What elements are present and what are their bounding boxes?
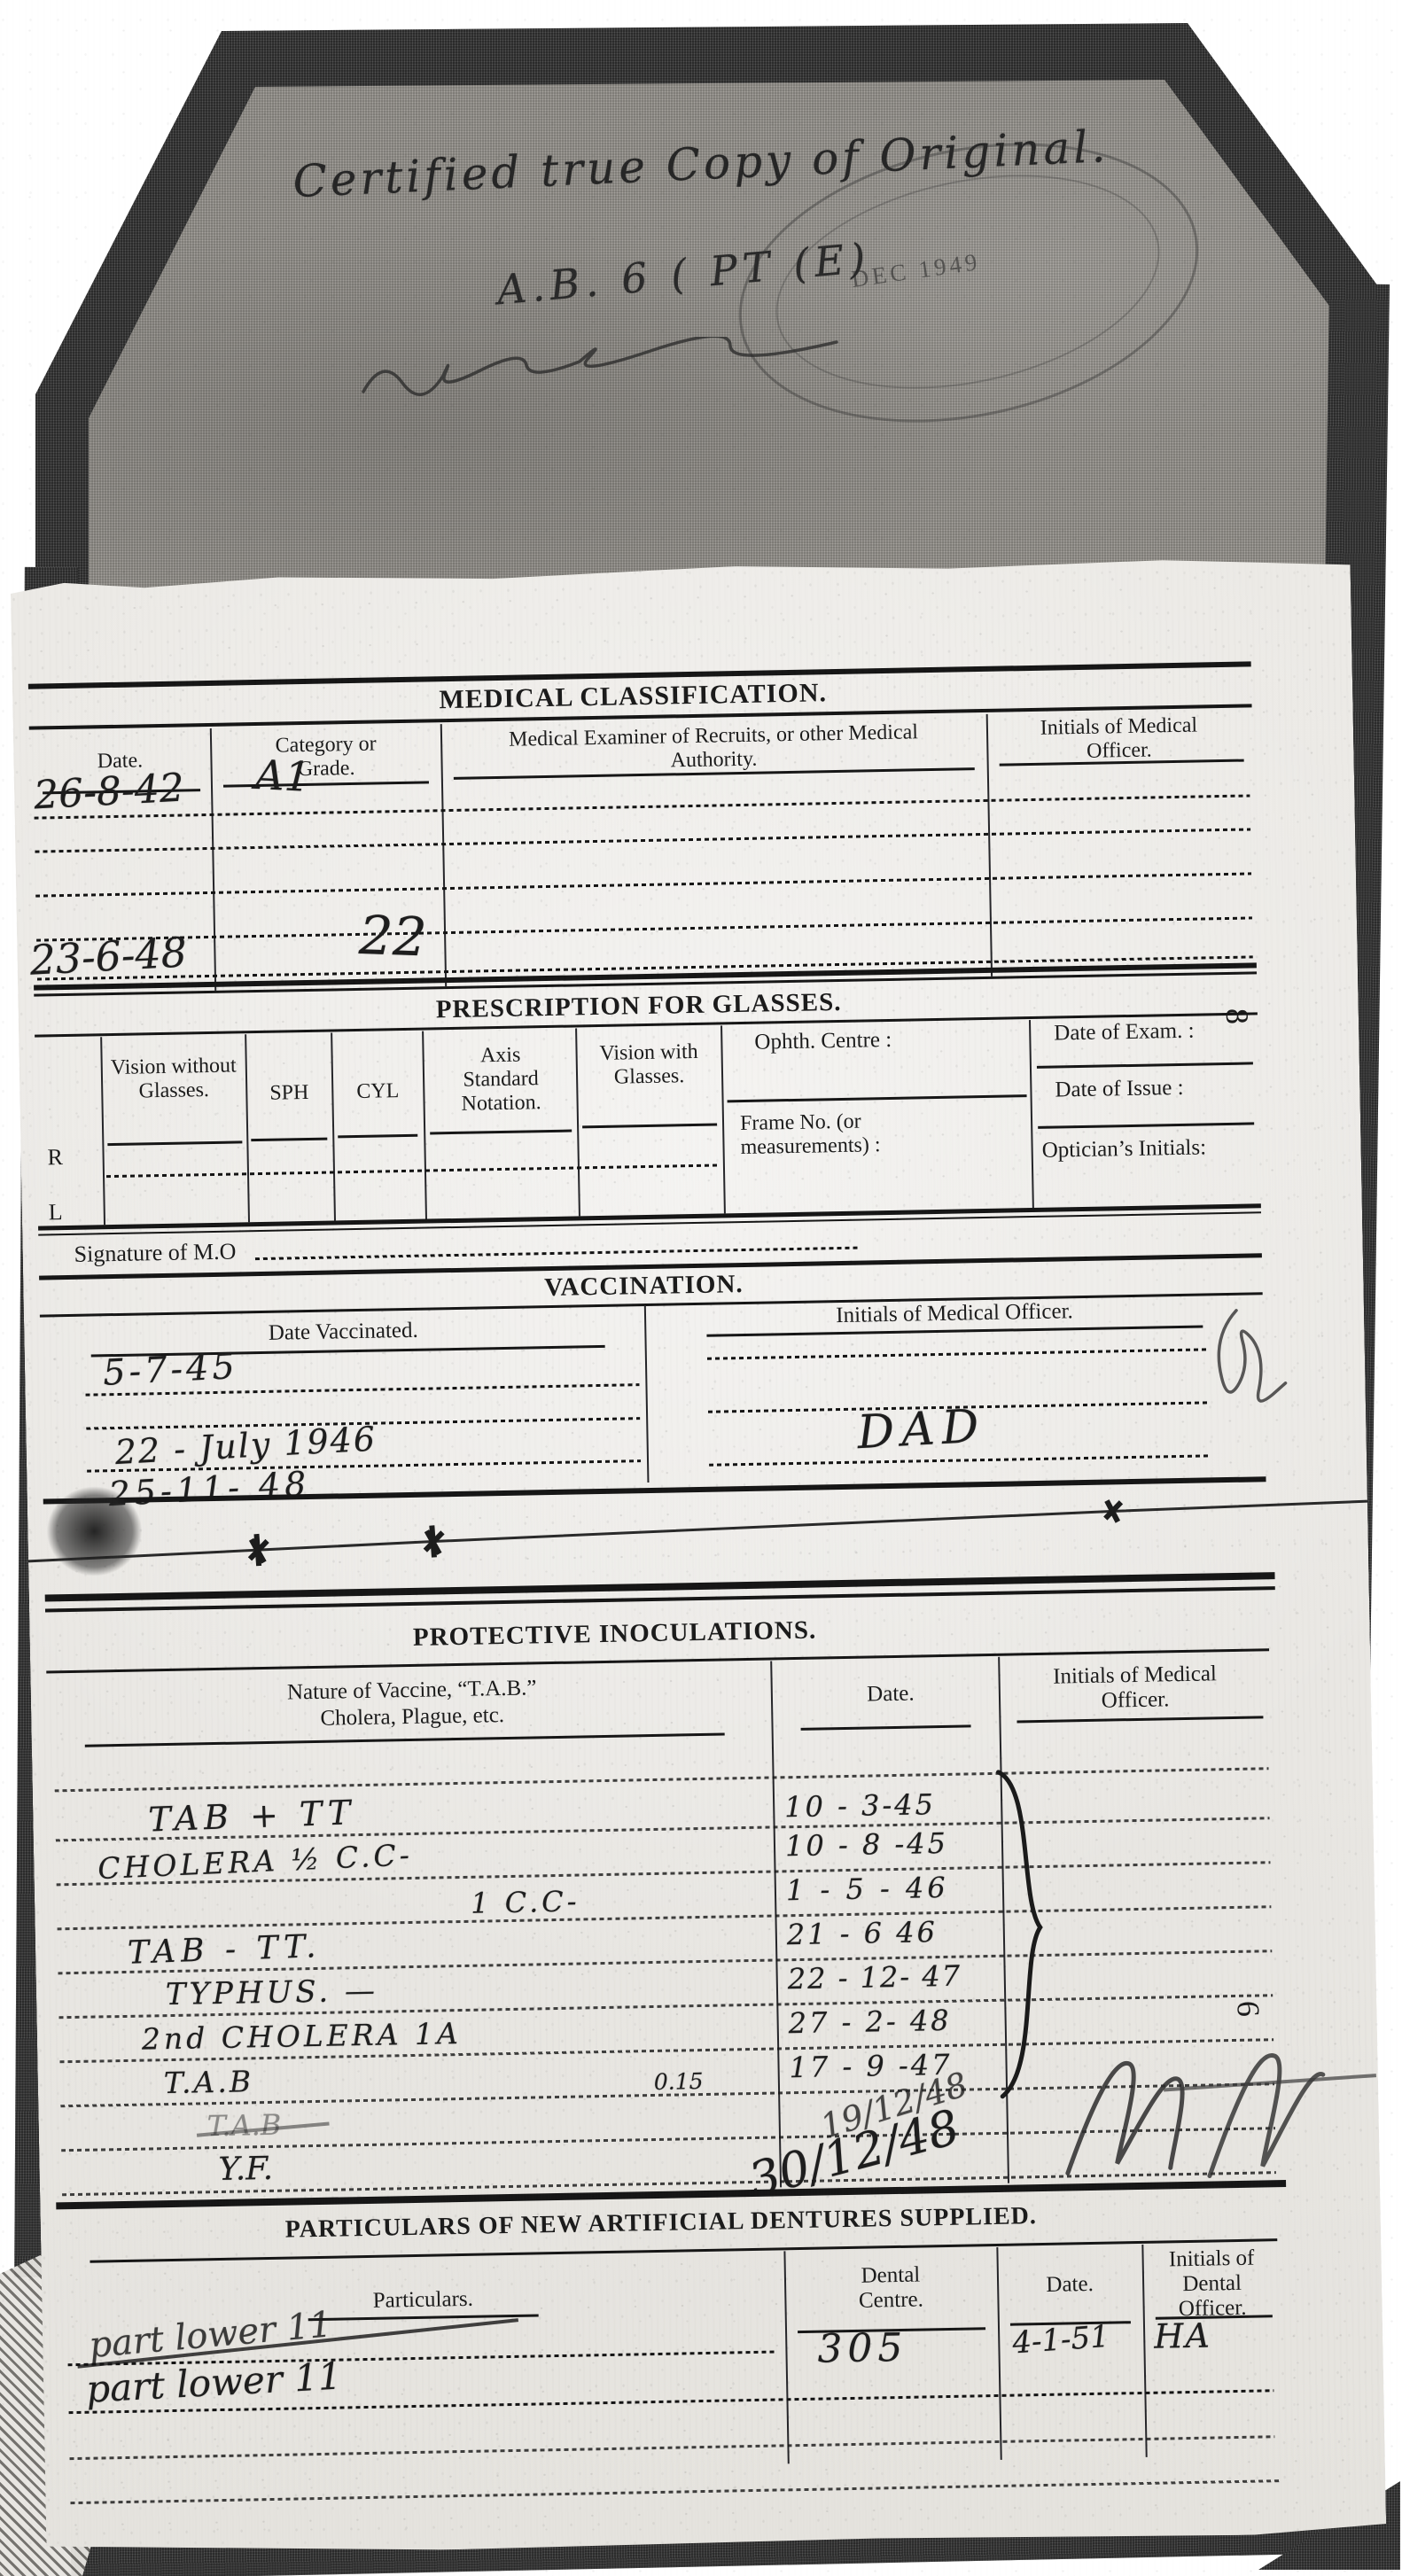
mc-entry-1-date: 26-8-42 bbox=[33, 766, 185, 819]
gl-divider-3 bbox=[331, 1032, 336, 1220]
gl-r-row-dotted bbox=[106, 1164, 718, 1179]
inoc-col-initials: Initials of Medical Officer. bbox=[1019, 1662, 1250, 1716]
gl-divider-1 bbox=[100, 1037, 105, 1225]
mc-row-line-3 bbox=[35, 872, 1251, 897]
mc-entry-1-grade: A1 bbox=[253, 751, 311, 801]
gl-date-exam-label: Date of Exam. : bbox=[1054, 1019, 1195, 1047]
vac-mo-initials: DAD bbox=[856, 1400, 987, 1460]
gl-col-vision-with: Vision with Glasses. bbox=[593, 1040, 705, 1090]
gl-underline-4 bbox=[430, 1130, 572, 1135]
record-page: 8 6 MEDICAL CLASSIFICATION. Date. Catego… bbox=[11, 555, 1387, 2557]
vac-signature-flourish bbox=[1183, 1301, 1292, 1436]
vac-init-line-1 bbox=[707, 1348, 1208, 1359]
inoc-underline-2 bbox=[801, 1724, 971, 1731]
gl-col-cyl: CYL bbox=[335, 1079, 420, 1105]
dent-entry-2-date: 4-1-51 bbox=[1011, 2319, 1110, 2362]
envelope-signature-scribble bbox=[354, 337, 851, 416]
inoc-row-line-0 bbox=[55, 1767, 1269, 1792]
mc-entry-2-grade: 22 bbox=[358, 905, 428, 969]
gl-bottom-rule-a bbox=[38, 1203, 1261, 1230]
inoc-entry-4-date: 21 - 6 46 bbox=[786, 1915, 938, 1951]
gl-divider-5 bbox=[575, 1028, 580, 1216]
inoc-underline-3 bbox=[1016, 1716, 1263, 1723]
vac-divider bbox=[644, 1305, 650, 1483]
dent-row-line-4 bbox=[70, 2479, 1280, 2504]
inoc-entry-9-nature: Y.F. bbox=[218, 2151, 273, 2188]
mc-col-header-examiner: Medical Examiner of Recruits, or other M… bbox=[492, 720, 936, 776]
inoculations-title: PROTECTIVE INOCULATIONS. bbox=[260, 1613, 969, 1654]
vac-col-date: Date Vaccinated. bbox=[183, 1317, 502, 1348]
dent-entry-2-initials: HA bbox=[1154, 2316, 1211, 2356]
gl-optician-label: Optician’s Initials: bbox=[1041, 1135, 1206, 1163]
gl-ophth-rule bbox=[728, 1094, 1027, 1102]
mc-entry-2-date: 23-6-48 bbox=[28, 928, 188, 984]
gl-underline-3 bbox=[338, 1134, 417, 1139]
gl-frame-no-label: Frame No. (or measurements) : bbox=[740, 1109, 954, 1160]
gl-divider-7 bbox=[1029, 1020, 1034, 1208]
mo-signature-leader bbox=[255, 1247, 858, 1260]
inoc-entry-1-date: 10 - 3-45 bbox=[784, 1787, 936, 1824]
mc-row-line-1 bbox=[35, 794, 1250, 819]
inoc-entry-3-date: 1 - 5 - 46 bbox=[786, 1871, 949, 1907]
gl-underline-2 bbox=[251, 1138, 327, 1142]
gl-underline-5 bbox=[582, 1124, 717, 1129]
vac-init-line-3 bbox=[709, 1454, 1210, 1466]
gl-divider-2 bbox=[245, 1034, 250, 1222]
gl-divider-4 bbox=[422, 1031, 427, 1219]
gl-row-r-label: R bbox=[47, 1144, 63, 1170]
gl-col-sph: SPH bbox=[248, 1081, 330, 1107]
tear-blotch bbox=[43, 1478, 158, 1611]
inoc-entry-2-date: 10 - 8 -45 bbox=[785, 1826, 949, 1863]
dent-col-date: Date. bbox=[1016, 2271, 1123, 2298]
inoc-entry-5-date: 22 - 12- 47 bbox=[787, 1959, 962, 1996]
inoc-entry-4-nature: TAB - TT. bbox=[127, 1928, 322, 1972]
margin-page-number-top: 8 bbox=[1219, 1008, 1256, 1025]
gl-date-issue-label: Date of Issue : bbox=[1055, 1076, 1184, 1103]
inoc-entry-7-dose: 0.15 bbox=[654, 2068, 704, 2095]
gl-underline-1 bbox=[107, 1140, 242, 1146]
gl-ophth-centre-label: Ophth. Centre : bbox=[754, 1028, 892, 1055]
dent-col-initials: Initials of Dental Officer. bbox=[1156, 2245, 1268, 2322]
dent-row-line-3 bbox=[70, 2435, 1275, 2460]
mc-col-header-initials: Initials of Medical Officer. bbox=[1024, 713, 1215, 765]
dent-divider-1 bbox=[783, 2251, 789, 2463]
mc-row-line-2 bbox=[35, 828, 1250, 852]
gl-col-vision-without: Vision without Glasses. bbox=[108, 1054, 240, 1103]
inoc-entry-1-nature: TAB + TT bbox=[148, 1793, 356, 1839]
inoc-entry-7-nature: T.A.B bbox=[163, 2064, 253, 2100]
scanned-medical-record: { "envelope": { "line1": "Certified true… bbox=[0, 0, 1402, 2576]
inoc-divider-1 bbox=[770, 1661, 782, 2187]
mc-row-line-4 bbox=[36, 916, 1252, 941]
inoc-entry-6-nature: 2nd CHOLERA 1A bbox=[142, 2016, 463, 2057]
mc-divider-3 bbox=[986, 714, 993, 977]
vac-date-1: 5-7-45 bbox=[102, 1346, 239, 1394]
dent-divider-2 bbox=[996, 2247, 1001, 2460]
inoc-entry-5-nature: TYPHUS. — bbox=[166, 1973, 379, 2012]
inoc-entry-6-date: 27 - 2- 48 bbox=[788, 2004, 952, 2040]
gl-row-l-label: L bbox=[48, 1199, 62, 1225]
mc-divider-1 bbox=[210, 728, 216, 991]
inoc-entry-8-nature: T.A.B bbox=[206, 2108, 281, 2144]
inoc-col-date: Date. bbox=[802, 1680, 979, 1708]
gl-issue-rule bbox=[1038, 1122, 1254, 1128]
dent-col-centre: Dental Centre. bbox=[829, 2262, 954, 2315]
dent-divider-3 bbox=[1141, 2245, 1147, 2457]
mo-signature-label: Signature of M.O bbox=[74, 1239, 236, 1267]
gl-exam-rule bbox=[1037, 1062, 1253, 1068]
inoc-signature-scribble bbox=[1029, 1990, 1380, 2191]
gl-divider-6 bbox=[720, 1025, 726, 1213]
inoc-entry-3-nature: 1 C.C- bbox=[471, 1885, 580, 1920]
inoc-row-line-3 bbox=[58, 1905, 1272, 1930]
gl-col-axis: Axis Standard Notation. bbox=[442, 1043, 558, 1117]
dent-entry-2-centre: 305 bbox=[817, 2325, 908, 2372]
dentures-title: PARTICULARS OF NEW ARTIFICIAL DENTURES S… bbox=[174, 2200, 1149, 2246]
mc-divider-2 bbox=[440, 724, 447, 986]
inoc-underline-1 bbox=[85, 1732, 725, 1747]
